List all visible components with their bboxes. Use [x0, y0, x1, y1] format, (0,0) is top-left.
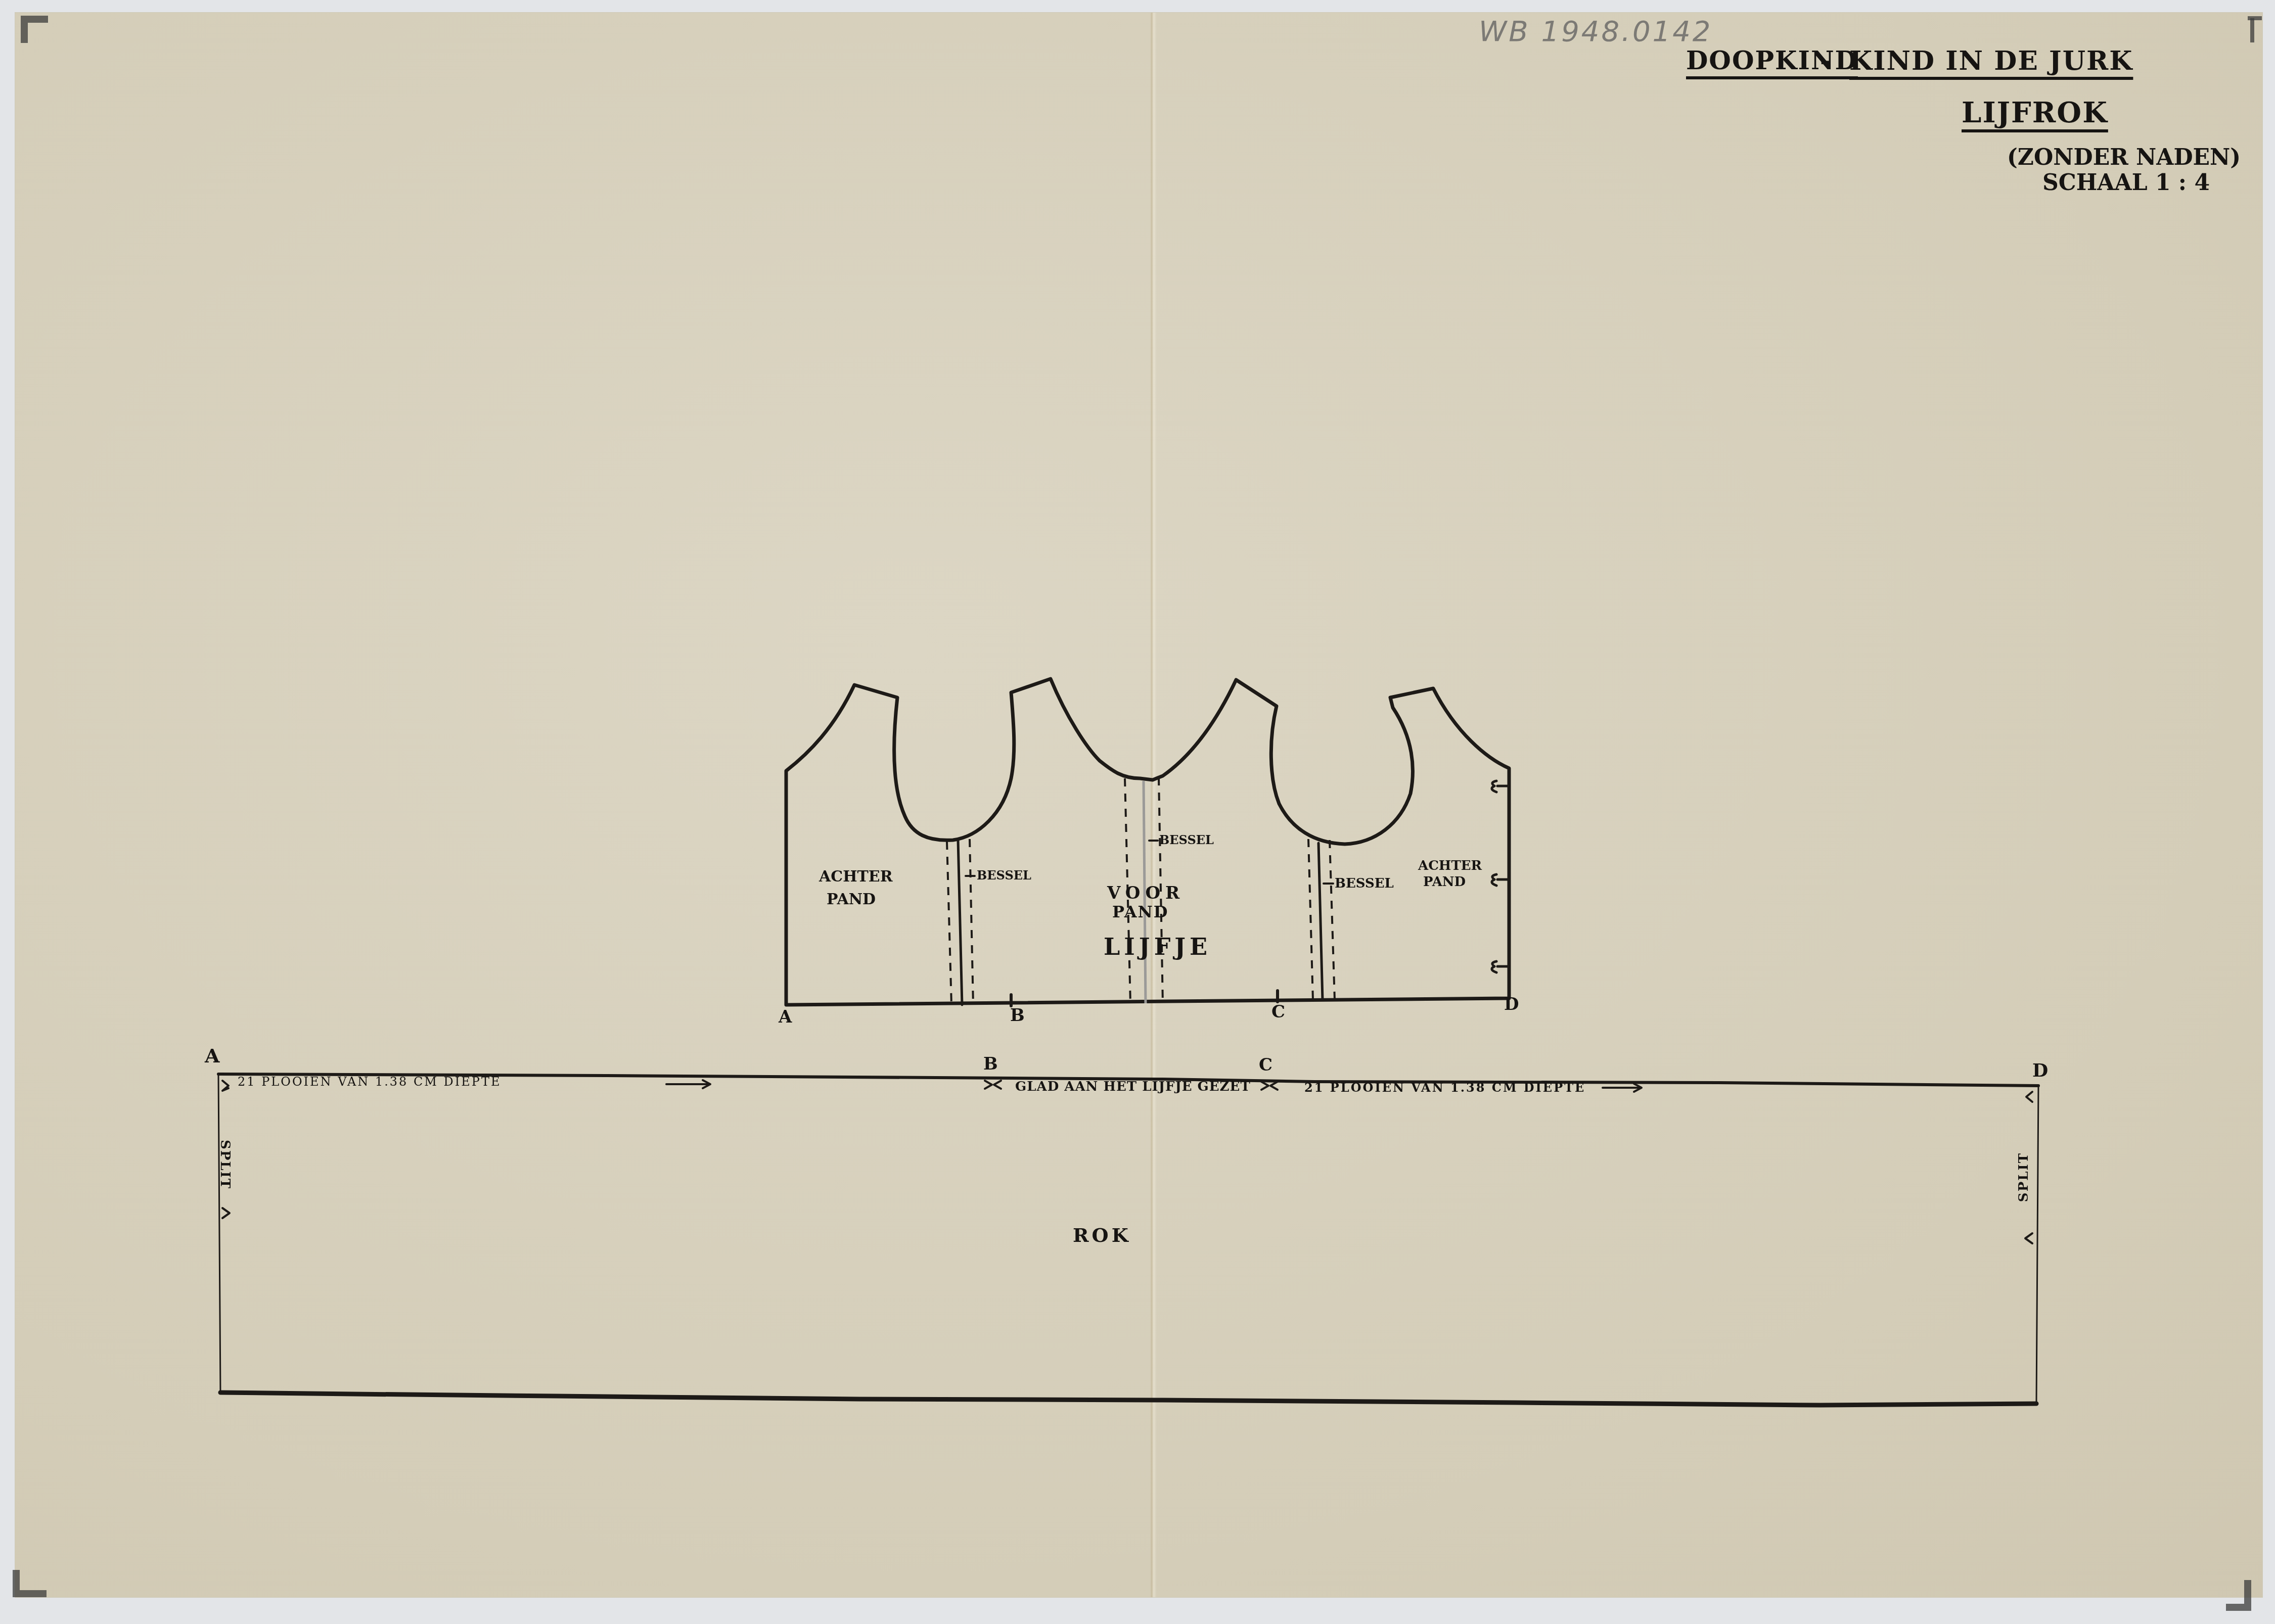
bodice-point-a: A	[779, 1008, 793, 1026]
title-separator: -	[1820, 48, 1832, 73]
seam-label-bessel-right: BESSEL	[1335, 877, 1394, 890]
bodice-name: LIJFJE	[1104, 935, 1211, 958]
title-lijfrok: LIJFROK	[1962, 99, 2108, 127]
bodice-point-b: B	[1010, 1007, 1026, 1024]
skirt-point-c: C	[1259, 1056, 1273, 1074]
skirt-point-a: A	[205, 1046, 220, 1065]
skirt-side-label-right: SPLIT	[2017, 1152, 2030, 1202]
panel-label-center-line1: VOOR	[1107, 885, 1185, 902]
pattern-drawing	[0, 0, 2275, 1624]
title-doopkind: DOOPKIND	[1686, 48, 1858, 73]
title-zonder-naden: (ZONDER NADEN)	[2007, 147, 2241, 169]
bodice-point-d: D	[1504, 996, 1520, 1013]
skirt-point-b: B	[983, 1055, 999, 1073]
bodice-point-c: C	[1271, 1003, 1286, 1020]
panel-label-left-line2: PAND	[827, 892, 876, 907]
skirt-note-pleats-left: 21 PLOOIEN VAN 1.38 CM DIEPTE	[238, 1076, 501, 1088]
skirt-point-d: D	[2032, 1061, 2049, 1080]
seam-label-bessel-center: BESSEL	[1159, 834, 1214, 846]
skirt-note-pleats-right: 21 PLOOIEN VAN 1.38 CM DIEPTE	[1304, 1082, 1585, 1094]
panel-label-right-line2: PAND	[1423, 875, 1466, 889]
corner-marks	[16, 18, 2260, 1607]
hook-eye-marks	[1492, 781, 1509, 972]
panel-label-left-line1: ACHTER	[819, 869, 893, 885]
title-kind-in-de-jurk: KIND IN DE JURK	[1849, 48, 2133, 74]
seam-label-bessel-left: BESSEL	[977, 869, 1031, 881]
panel-label-right-line1: ACHTER	[1418, 859, 1482, 872]
skirt-note-smooth: GLAD AAN HET LIJFJE GEZET	[1015, 1080, 1251, 1093]
skirt-name: ROK	[1073, 1226, 1131, 1245]
accession-number: WB 1948.0142	[1479, 15, 1712, 48]
panel-label-center-line2: PAND	[1112, 904, 1169, 920]
title-scale: SCHAAL 1 : 4	[2042, 172, 2210, 194]
skirt-side-label-left: SPLIT	[218, 1140, 232, 1189]
